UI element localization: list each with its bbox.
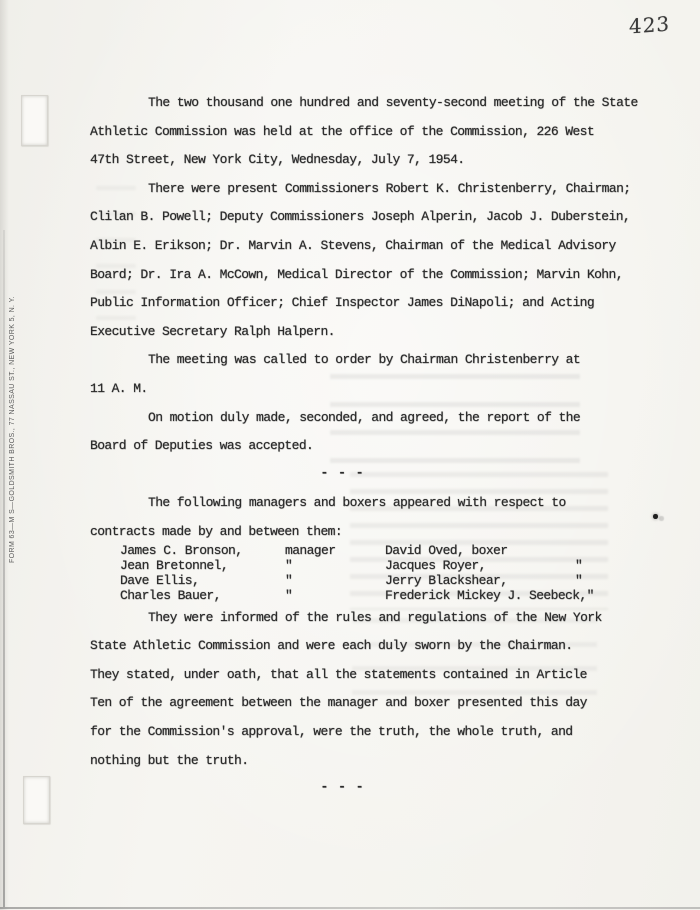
paragraph-attendees: There were present Commissioners Robert … <box>90 175 630 347</box>
table-cell: Charles Bauer, <box>120 588 285 603</box>
text-line: Board; Dr. Ira A. McCown, Medical Direct… <box>90 261 630 290</box>
text-line: The two thousand one hundred and seventy… <box>90 89 630 118</box>
table-cell: David Oved, boxer <box>385 543 575 558</box>
text-line: On motion duly made, seconded, and agree… <box>90 404 630 433</box>
text-line: The meeting was called to order by Chair… <box>90 346 630 375</box>
ink-dot-mark <box>653 514 658 519</box>
text-line: They stated, under oath, that all the st… <box>90 661 630 690</box>
document-page: 423 FORM 63—M S—GOLDSMITH BROS., 77 NASS… <box>0 0 700 910</box>
table-row: Dave Ellis,"Jerry Blackshear," <box>90 573 630 588</box>
section-separator: - - - <box>90 775 595 804</box>
paragraph-called-to-order: The meeting was called to order by Chair… <box>90 346 630 403</box>
text-line: The following managers and boxers appear… <box>90 489 630 518</box>
text-line: Albin E. Erikson; Dr. Marvin A. Stevens,… <box>90 232 630 261</box>
scan-edge-line <box>3 230 5 907</box>
paragraph-managers-boxers-intro: The following managers and boxers appear… <box>90 489 630 546</box>
text-line: Public Information Officer; Chief Inspec… <box>90 289 630 318</box>
managers-boxers-table: James C. Bronson,managerDavid Oved, boxe… <box>90 543 630 604</box>
text-line: State Athletic Commission and were each … <box>90 632 630 661</box>
text-line: 47th Street, New York City, Wednesday, J… <box>90 146 630 175</box>
text-line: for the Commission's approval, were the … <box>90 718 630 747</box>
table-cell: Dave Ellis, <box>120 573 285 588</box>
scan-bottom-edge <box>0 907 700 910</box>
paragraph-motion-report: On motion duly made, seconded, and agree… <box>90 404 630 461</box>
text-line: Board of Deputies was accepted. <box>90 432 630 461</box>
table-row: James C. Bronson,managerDavid Oved, boxe… <box>90 543 630 558</box>
text-line: Athletic Commission was held at the offi… <box>90 118 630 147</box>
table-cell <box>575 543 630 558</box>
binder-mark-bottom <box>23 776 50 824</box>
table-cell: Frederick Mickey J. Seebeck," <box>385 588 575 603</box>
table-cell: " <box>285 573 385 588</box>
paragraph-sworn-statement: They were informed of the rules and regu… <box>90 604 630 776</box>
text-line: Executive Secretary Ralph Halpern. <box>90 318 630 347</box>
table-row: Charles Bauer,"Frederick Mickey J. Seebe… <box>90 588 630 603</box>
table-cell: manager <box>285 543 385 558</box>
text-line: Ten of the agreement between the manager… <box>90 689 630 718</box>
table-cell: " <box>575 573 630 588</box>
table-cell: Jerry Blackshear, <box>385 573 575 588</box>
document-body: The two thousand one hundred and seventy… <box>90 89 630 804</box>
text-line: Clilan B. Powell; Deputy Commissioners J… <box>90 203 630 232</box>
scan-edge-shading <box>0 0 9 910</box>
printer-form-stamp: FORM 63—M S—GOLDSMITH BROS., 77 NASSAU S… <box>9 331 16 563</box>
table-cell: Jacques Royer, <box>385 558 575 573</box>
table-cell: " <box>285 588 385 603</box>
handwritten-page-number: 423 <box>629 12 670 39</box>
paragraph-meeting-opening: The two thousand one hundred and seventy… <box>90 89 630 175</box>
text-line: They were informed of the rules and regu… <box>90 604 630 633</box>
text-line: nothing but the truth. <box>90 747 630 776</box>
table-row: Jean Bretonnel,"Jacques Royer," <box>90 558 630 573</box>
text-line: There were present Commissioners Robert … <box>90 175 630 204</box>
table-cell <box>575 588 630 603</box>
binder-mark-top <box>21 95 48 146</box>
table-cell: Jean Bretonnel, <box>120 558 285 573</box>
section-separator: - - - <box>90 461 595 490</box>
table-cell: " <box>575 558 630 573</box>
text-line: 11 A. M. <box>90 375 630 404</box>
table-cell: " <box>285 558 385 573</box>
table-cell: James C. Bronson, <box>120 543 285 558</box>
